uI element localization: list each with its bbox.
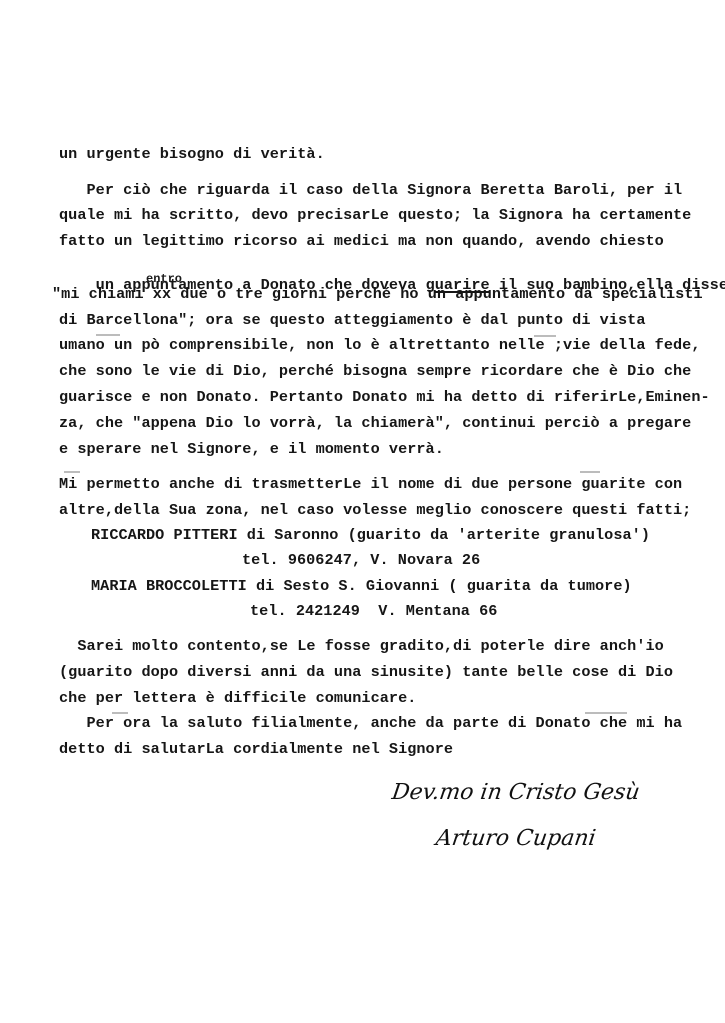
signature: Arturo Cupani bbox=[434, 826, 597, 851]
text-line: guarisce e non Donato. Pertanto Donato m… bbox=[59, 388, 710, 406]
ink-mark bbox=[534, 335, 556, 337]
text-line: quale mi ha scritto, devo precisarLe que… bbox=[59, 206, 691, 224]
contact-phone-line: tel. 2421249 V. Mentana 66 bbox=[250, 602, 497, 620]
contact-name-line: RICCARDO PITTERI di Saronno (guarito da … bbox=[91, 526, 650, 544]
insertion-text: entro bbox=[146, 273, 182, 285]
text-line: un urgente bisogno di verità. bbox=[59, 145, 325, 163]
text-line: Mi permetto anche di trasmetterLe il nom… bbox=[59, 475, 682, 493]
text-line: Per ora la saluto filialmente, anche da … bbox=[59, 714, 682, 732]
ink-mark bbox=[580, 471, 600, 473]
text-line: detto di salutarLa cordialmente nel Sign… bbox=[59, 740, 453, 758]
closing-salutation: Dev.mo in Cristo Gesù bbox=[390, 780, 641, 805]
contact-name-line: MARIA BROCCOLETTI di Sesto S. Giovanni (… bbox=[91, 577, 632, 595]
text-line: umano un pò comprensibile, non lo è altr… bbox=[59, 336, 700, 354]
text-line: Sarei molto contento,se Le fosse gradito… bbox=[59, 637, 664, 655]
letter-page: un urgente bisogno di verità. Per ciò ch… bbox=[0, 0, 725, 1023]
text-line: altre,della Sua zona, nel caso volesse m… bbox=[59, 501, 691, 519]
text-line: (guarito dopo diversi anni da una sinusi… bbox=[59, 663, 673, 681]
text-line: "mi chiami xx due o tre giorni perché ho… bbox=[52, 285, 703, 303]
text-line: che sono le vie di Dio, perché bisogna s… bbox=[59, 362, 691, 380]
text-line: za, che "appena Dio lo vorrà, la chiamer… bbox=[59, 414, 691, 432]
text-line: fatto un legittimo ricorso ai medici ma … bbox=[59, 232, 664, 250]
ink-mark bbox=[96, 334, 120, 336]
contact-phone-line: tel. 9606247, V. Novara 26 bbox=[242, 551, 480, 569]
text-line: di Barcellona"; ora se questo atteggiame… bbox=[59, 311, 646, 329]
text-line: e sperare nel Signore, e il momento verr… bbox=[59, 440, 444, 458]
ink-mark bbox=[64, 471, 80, 473]
text-line: Per ciò che riguarda il caso della Signo… bbox=[59, 181, 682, 199]
text-line: che per lettera è difficile comunicare. bbox=[59, 689, 416, 707]
